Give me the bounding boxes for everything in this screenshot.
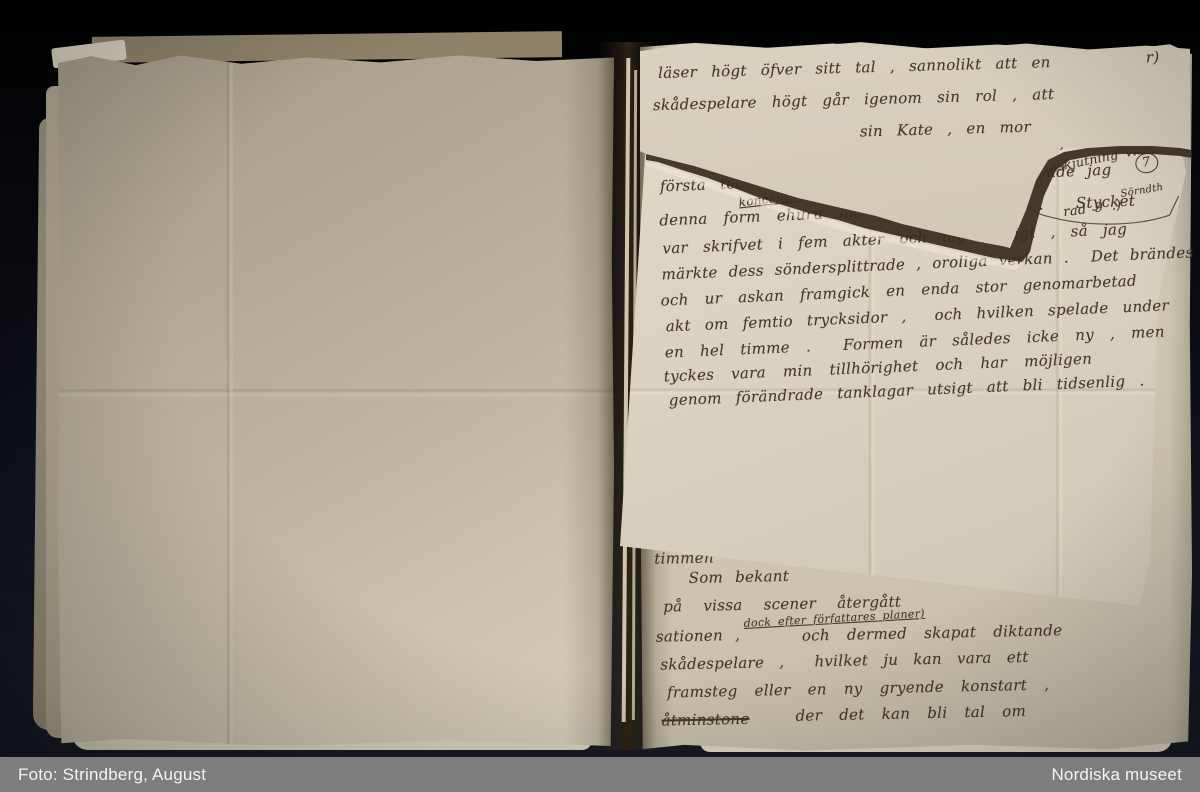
photo-stage: timmen Som bekant på vissa scener återgå…: [0, 0, 1200, 792]
handwriting-line: framsteg eller en ny gryende konstart ,: [667, 676, 1050, 702]
handwriting-line: sin Kate , en mor: [860, 118, 1032, 141]
handwriting-line: der det kan bli tal om: [795, 702, 1026, 725]
handwriting-line: och dermed skapat diktande: [802, 621, 1063, 644]
handwriting-line: skådespelare , hvilket ju kan vara ett: [660, 648, 1029, 674]
struck-word: åtminstone: [661, 710, 749, 730]
left-blank-page: [58, 52, 614, 746]
handwriting-line: sationen ,: [656, 626, 741, 646]
handwriting-line: läser högt öfver sitt tal , sannolikt at…: [658, 53, 1051, 82]
caption-bar: Foto: Strindberg, August Nordiska museet: [0, 757, 1200, 792]
photo-credit: Foto: Strindberg, August: [18, 765, 206, 785]
handwriting-line: skådespelare högt går igenom sin rol , a…: [653, 85, 1055, 114]
torn-edge-shadow: [636, 140, 1196, 272]
museum-credit: Nordiska museet: [1051, 765, 1182, 785]
margin-mark: r): [1146, 48, 1160, 66]
